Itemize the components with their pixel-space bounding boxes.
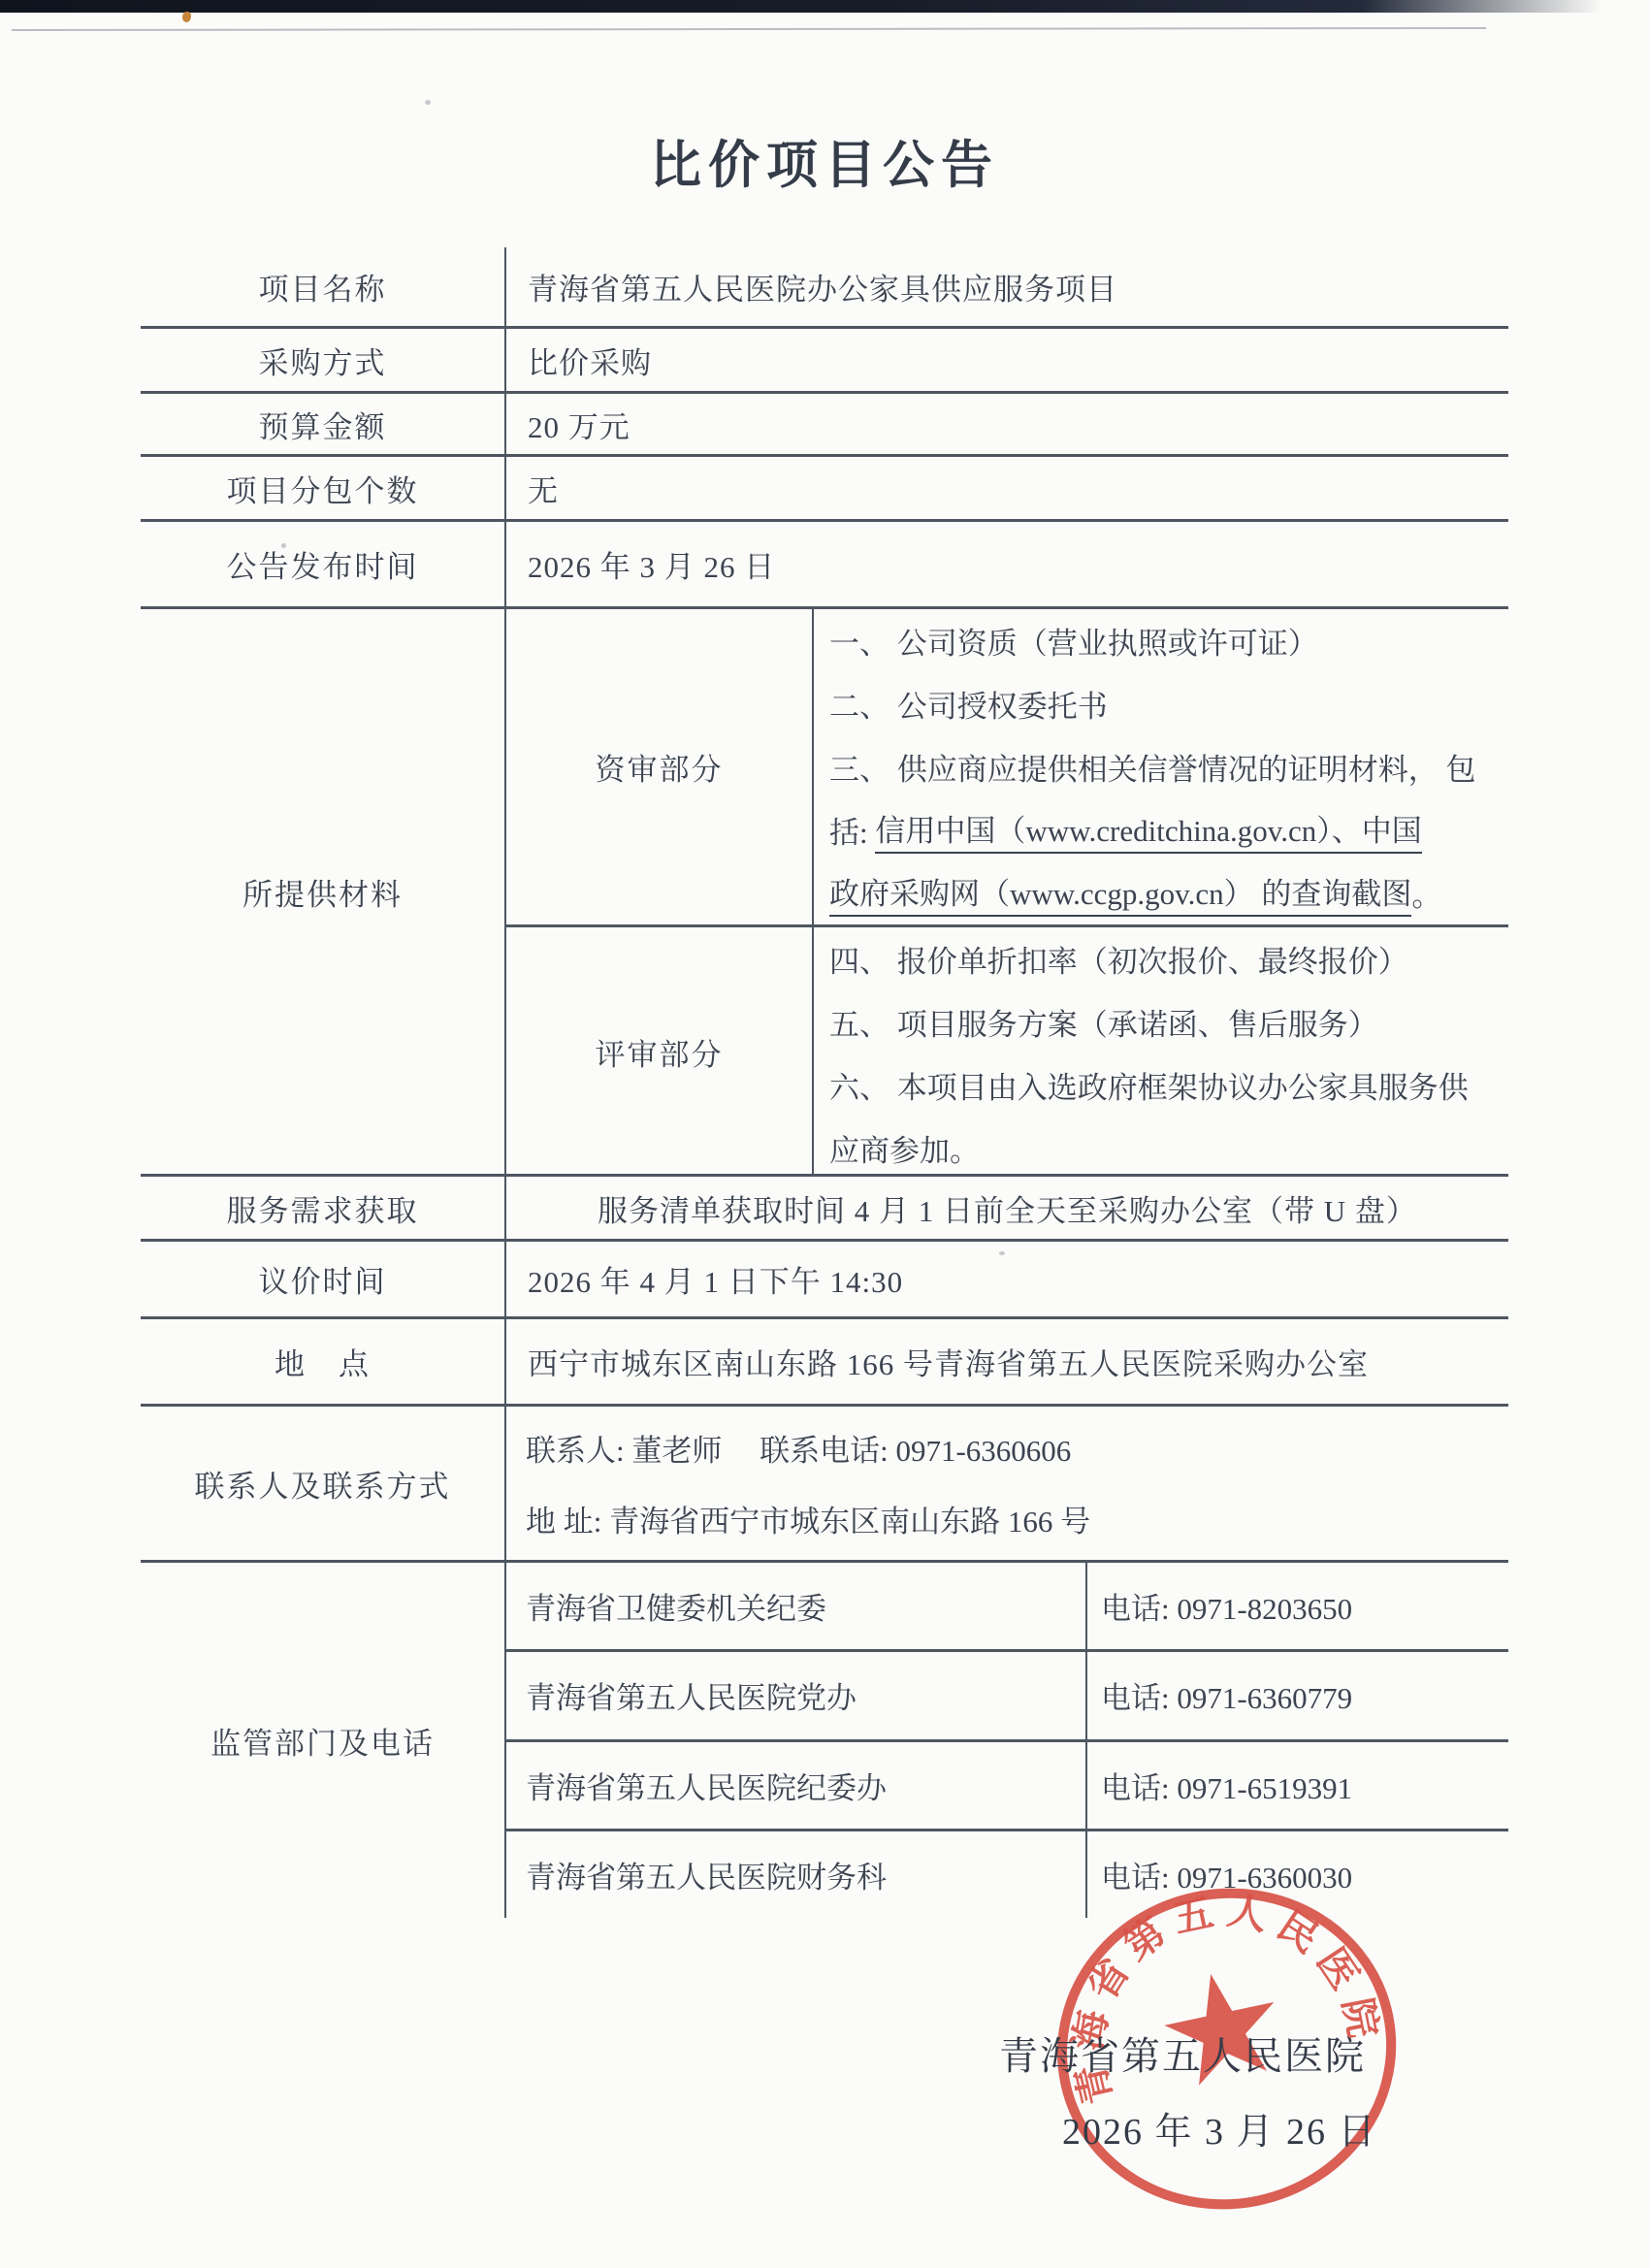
materials-section-qualification: 资审部分 一、 公司资质（营业执照或许可证） 二、 公司授权委托书 三、 供应商…: [506, 609, 1508, 924]
content-line: 六、 本项目由入选政府框架协议办公家具服务供: [829, 1053, 1508, 1117]
row-value: 2026 年 4 月 1 日下午 14:30: [506, 1242, 1508, 1316]
content-line: 三、 供应商应提供相关信誉情况的证明材料， 包: [829, 735, 1508, 798]
row-value: 青海省第五人民医院办公家具供应服务项目: [506, 247, 1508, 326]
table-row-project-name: 项目名称 青海省第五人民医院办公家具供应服务项目: [141, 247, 1508, 326]
scan-artifact-top-bar: [0, 0, 1602, 13]
contact-person-line: 联系人: 董老师 联系电话: 0971-6360606: [526, 1426, 1508, 1470]
table-row-procurement-method: 采购方式 比价采购: [141, 326, 1508, 391]
row-value: 2026 年 3 月 26 日: [506, 522, 1508, 606]
department-name: 青海省卫健委机关纪委: [506, 1563, 1087, 1649]
contact-info: 联系人: 董老师 联系电话: 0971-6360606 地 址: 青海省西宁市城…: [506, 1407, 1508, 1560]
section-content: 一、 公司资质（营业执照或许可证） 二、 公司授权委托书 三、 供应商应提供相关…: [814, 609, 1508, 924]
row-value: 20 万元: [506, 394, 1508, 454]
table-row-location: 地 点 西宁市城东区南山东路 166 号青海省第五人民医院采购办公室: [141, 1316, 1508, 1404]
department-name: 青海省第五人民医院纪委办: [506, 1742, 1087, 1829]
content-line: 四、 报价单折扣率（初次报价、最终报价）: [829, 927, 1508, 990]
content-line: 括: 信用中国（www.creditchina.gov.cn）、中国: [829, 798, 1508, 861]
table-row-budget: 预算金额 20 万元: [141, 391, 1508, 454]
supervision-row: 青海省第五人民医院纪委办 电话: 0971-6519391: [506, 1739, 1508, 1829]
department-phone: 电话: 0971-6360779: [1087, 1652, 1508, 1738]
scan-artifact-dot: [182, 12, 191, 22]
content-line: 一、 公司资质（营业执照或许可证）: [829, 609, 1508, 672]
content-line: 二、 公司授权委托书: [829, 672, 1508, 735]
supervision-row: 青海省卫健委机关纪委 电话: 0971-8203650: [506, 1563, 1508, 1649]
row-label: 所提供材料: [141, 609, 506, 1174]
scan-speck: [425, 100, 431, 105]
row-label: 采购方式: [141, 329, 506, 391]
row-label: 服务需求获取: [141, 1177, 506, 1239]
table-row-package-count: 项目分包个数 无: [141, 454, 1508, 519]
row-label: 项目名称: [141, 247, 506, 326]
row-value: 西宁市城东区南山东路 166 号青海省第五人民医院采购办公室: [506, 1319, 1508, 1404]
table-row-negotiation-time: 议价时间 2026 年 4 月 1 日下午 14:30: [141, 1239, 1508, 1316]
page-title: 比价项目公告: [0, 124, 1649, 198]
row-label: 公告发布时间: [141, 522, 506, 606]
content-line: 政府采购网（www.ccgp.gov.cn） 的查询截图。: [829, 861, 1508, 924]
row-value: 无: [506, 457, 1508, 519]
row-value: 服务清单获取时间 4 月 1 日前全天至采购办公室（带 U 盘）: [506, 1177, 1508, 1239]
contact-address-line: 地 址: 青海省西宁市城东区南山东路 166 号: [526, 1497, 1508, 1540]
scan-artifact-line: [12, 27, 1486, 31]
table-row-service-requirements: 服务需求获取 服务清单获取时间 4 月 1 日前全天至采购办公室（带 U 盘）: [141, 1174, 1508, 1239]
section-label: 评审部分: [506, 927, 814, 1177]
row-label: 项目分包个数: [141, 457, 506, 519]
department-phone: 电话: 0971-8203650: [1087, 1563, 1508, 1649]
supervision-row: 青海省第五人民医院党办 电话: 0971-6360779: [506, 1649, 1508, 1738]
materials-sections: 资审部分 一、 公司资质（营业执照或许可证） 二、 公司授权委托书 三、 供应商…: [506, 609, 1508, 1174]
table-row-materials: 所提供材料 资审部分 一、 公司资质（营业执照或许可证） 二、 公司授权委托书 …: [141, 606, 1508, 1174]
department-phone: 电话: 0971-6519391: [1087, 1742, 1508, 1829]
row-label: 地 点: [141, 1319, 506, 1404]
department-name: 青海省第五人民医院党办: [506, 1652, 1087, 1738]
department-name: 青海省第五人民医院财务科: [506, 1831, 1087, 1918]
row-label: 议价时间: [141, 1242, 506, 1316]
materials-section-review: 评审部分 四、 报价单折扣率（初次报价、最终报价） 五、 项目服务方案（承诺函、…: [506, 924, 1508, 1177]
row-label: 预算金额: [141, 394, 506, 454]
section-content: 四、 报价单折扣率（初次报价、最终报价） 五、 项目服务方案（承诺函、售后服务）…: [814, 927, 1508, 1177]
section-label: 资审部分: [506, 609, 814, 924]
row-label: 联系人及联系方式: [141, 1407, 506, 1560]
announcement-table: 项目名称 青海省第五人民医院办公家具供应服务项目 采购方式 比价采购 预算金额 …: [141, 247, 1508, 1918]
table-row-publish-date: 公告发布时间 2026 年 3 月 26 日: [141, 519, 1508, 606]
issue-date: 2026 年 3 月 26 日: [1062, 2101, 1377, 2155]
row-label: 监管部门及电话: [141, 1563, 506, 1918]
content-line: 五、 项目服务方案（承诺函、售后服务）: [829, 990, 1508, 1053]
issuer-name: 青海省第五人民医院: [999, 2025, 1366, 2081]
scanned-document-page: 比价项目公告 项目名称 青海省第五人民医院办公家具供应服务项目 采购方式 比价采…: [0, 0, 1649, 2268]
content-line: 应商参加。: [829, 1117, 1508, 1180]
row-value: 比价采购: [506, 329, 1508, 391]
table-row-contact: 联系人及联系方式 联系人: 董老师 联系电话: 0971-6360606 地 址…: [141, 1404, 1508, 1560]
